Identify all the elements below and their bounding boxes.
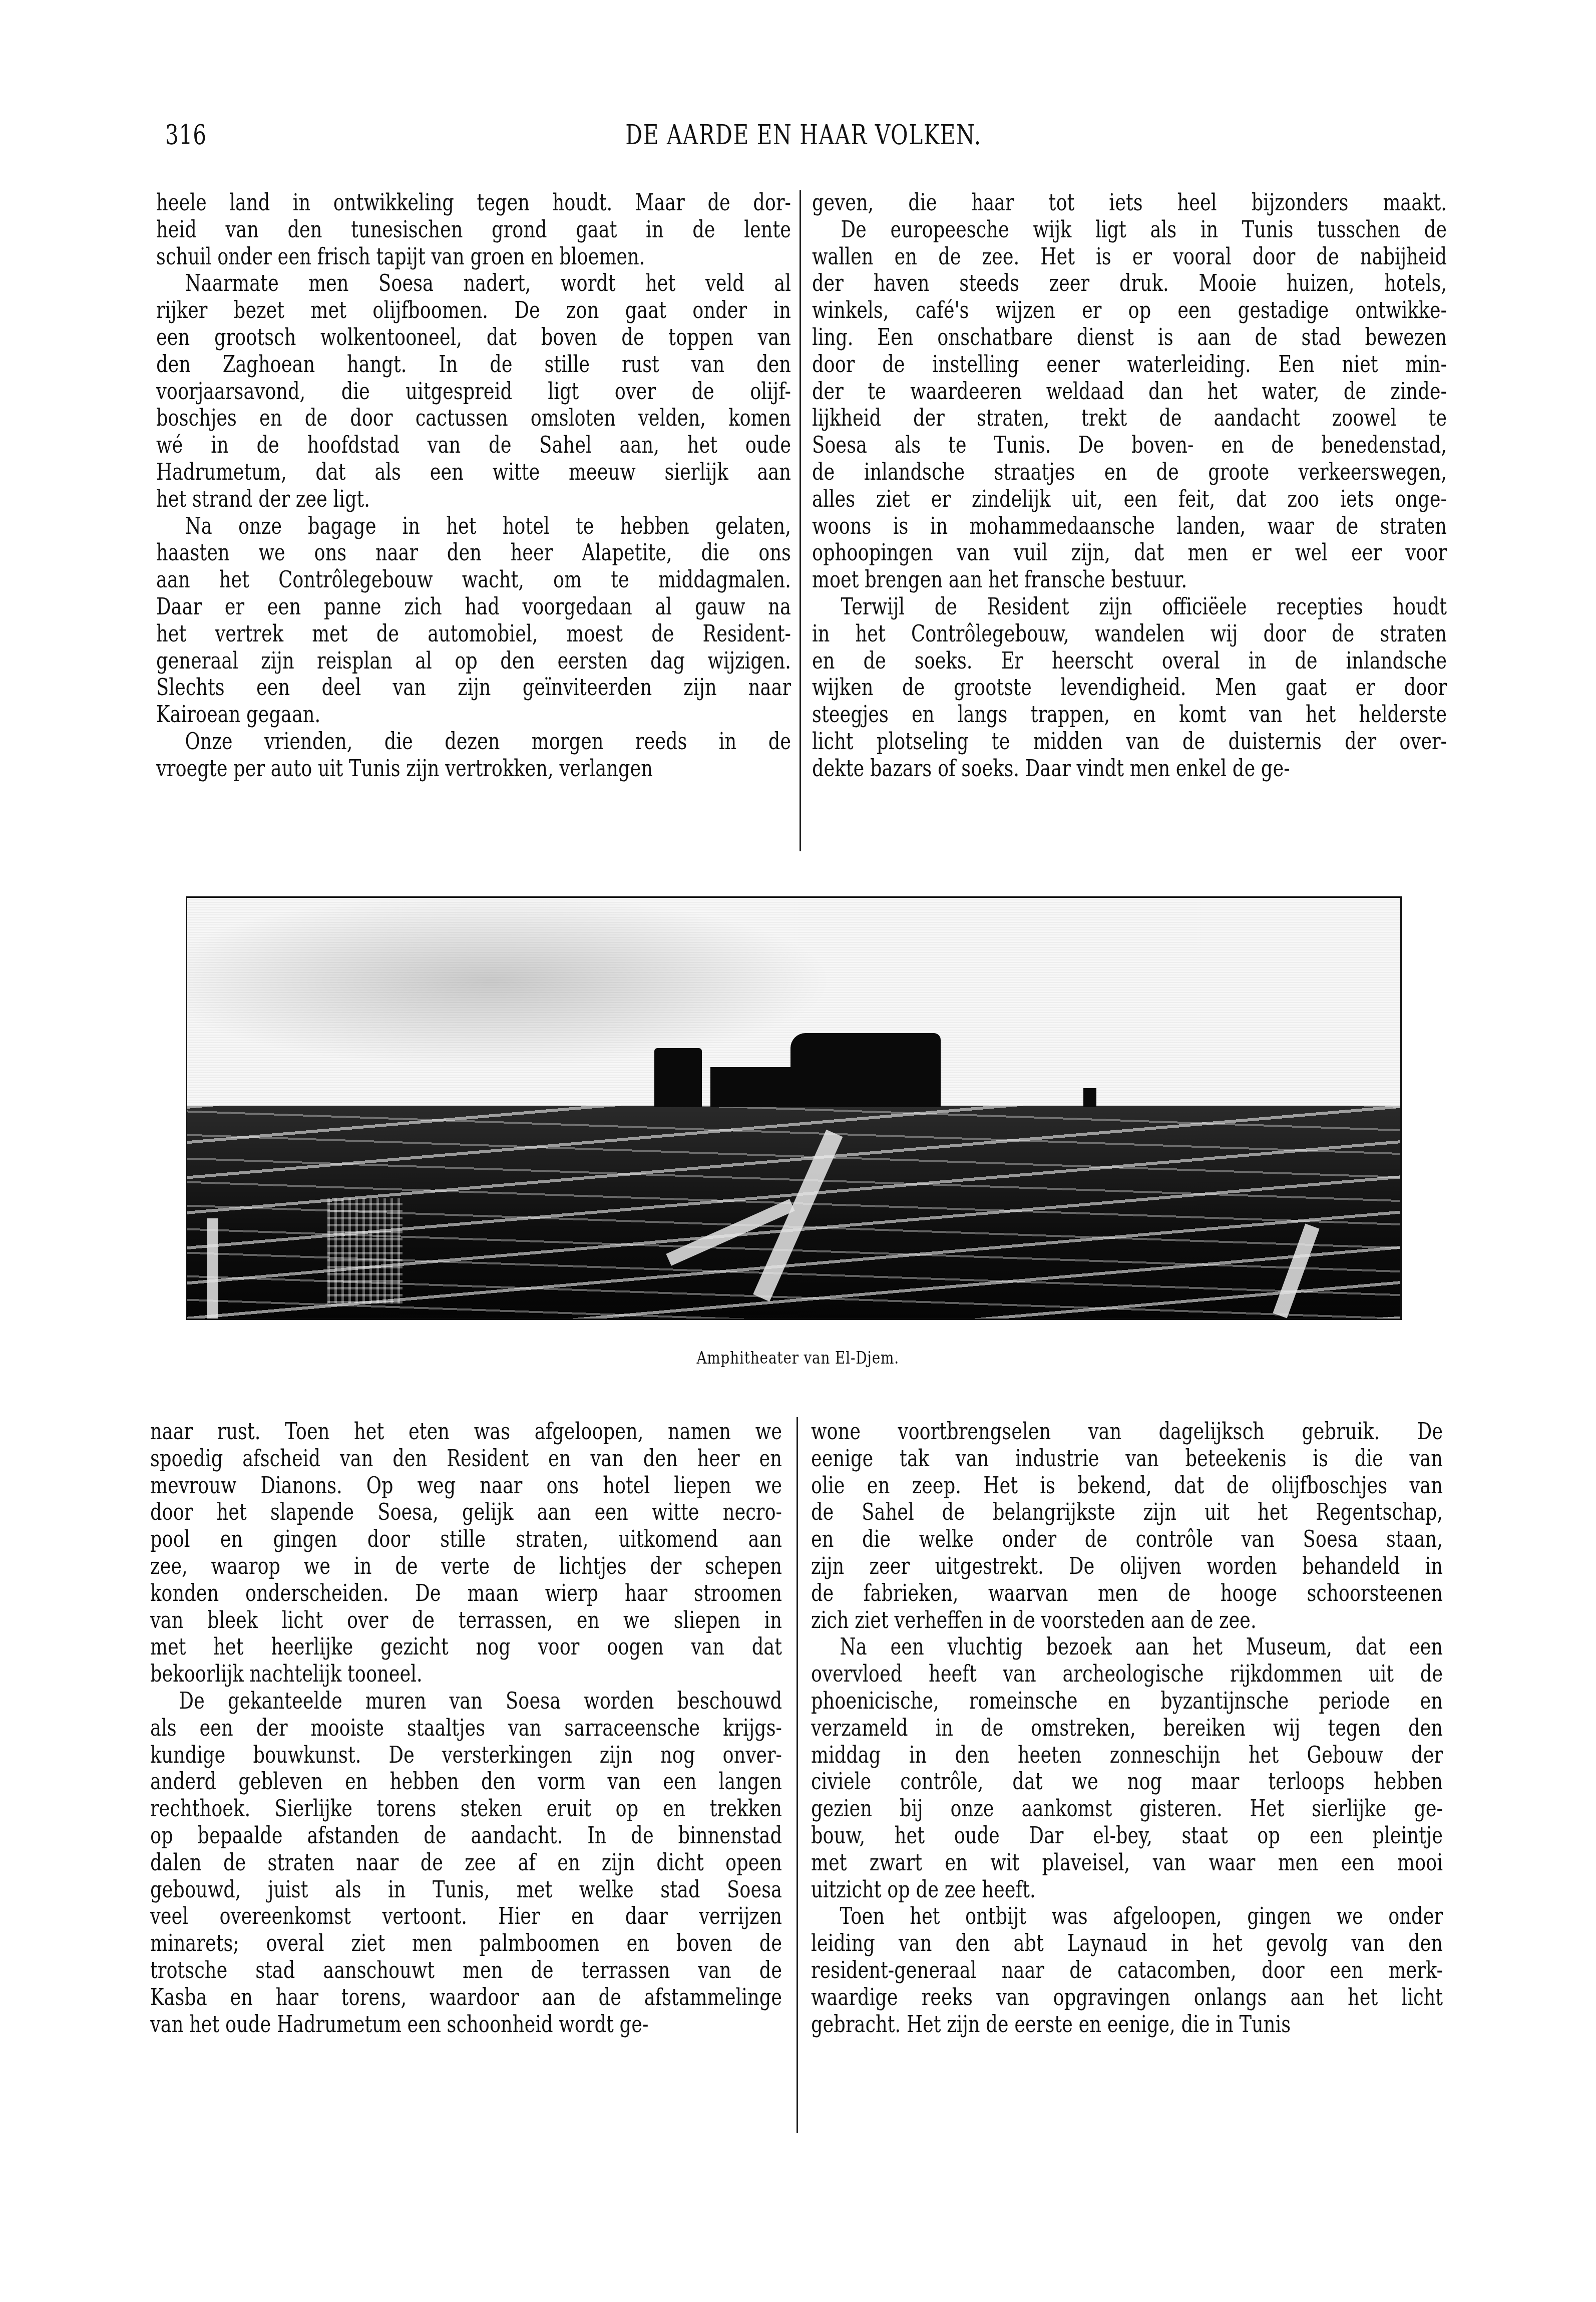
text-line: verzameld in de omstreken, bereiken wij … bbox=[811, 1715, 1443, 1742]
text-line: zijn zeer uitgestrekt. De olijven worden… bbox=[811, 1553, 1443, 1580]
text-line: pool en gingen door stille straten, uitk… bbox=[150, 1526, 782, 1553]
text-line: waardige reeks van opgravingen onlangs a… bbox=[811, 1984, 1443, 2011]
text-line: woons is in mohammedaansche landen, waar… bbox=[812, 513, 1447, 540]
text-line: het vertrek met de automobiel, moest de … bbox=[156, 620, 791, 647]
text-line: overvloed heeft van archeologische rijkd… bbox=[811, 1661, 1443, 1688]
text-line: aan het Contrôlegebouw wacht, om te midd… bbox=[156, 566, 791, 593]
text-line: eenige tak van industrie van beteekenis … bbox=[811, 1445, 1443, 1472]
text-line: en de soeks. Er heerscht overal in de in… bbox=[812, 647, 1447, 675]
text-line: de Sahel de belangrijkste zijn uit het R… bbox=[811, 1499, 1443, 1526]
text-line: van bleek licht over de terrassen, en we… bbox=[150, 1607, 782, 1634]
page-number: 316 bbox=[165, 119, 207, 151]
text-line: Kasba en haar torens, waardoor aan de af… bbox=[150, 1984, 782, 2011]
text-line: uitzicht op de zee heeft. bbox=[811, 1876, 1443, 1903]
text-line: lijkheid der straten, trekt de aandacht … bbox=[812, 405, 1447, 432]
text-line: Soesa als te Tunis. De boven- en de bene… bbox=[812, 432, 1447, 459]
amphitheater-ruin-main bbox=[790, 1033, 941, 1107]
amphitheater-ruin-middle bbox=[710, 1067, 795, 1107]
text-line: der te waardeeren weldaad dan het water,… bbox=[812, 378, 1447, 405]
text-line: rechthoek. Sierlijke torens steken eruit… bbox=[150, 1795, 782, 1822]
text-line: Terwijl de Resident zijn officiëele rece… bbox=[812, 593, 1447, 620]
text-line: haasten we ons naar den heer Alapetite, … bbox=[156, 539, 791, 566]
text-line: den Zaghoean hangt. In de stille rust va… bbox=[156, 351, 791, 378]
text-line: der haven steeds zeer druk. Mooie huizen… bbox=[812, 270, 1447, 297]
text-line: als een der mooiste staaltjes van sarrac… bbox=[150, 1715, 782, 1742]
text-column-top-right: geven, die haar tot iets heel bijzonders… bbox=[812, 189, 1447, 782]
text-line: resident-generaal naar de catacomben, do… bbox=[811, 1957, 1443, 1984]
text-line: phoenicische, romeinsche en byzantijnsch… bbox=[811, 1688, 1443, 1715]
text-line: met het heerlijke gezicht nog voor oogen… bbox=[150, 1633, 782, 1661]
text-line: wé in de hoofdstad van de Sahel aan, het… bbox=[156, 432, 791, 459]
text-line: middag in den heeten zonneschijn het Geb… bbox=[811, 1742, 1443, 1769]
text-line: een grootsch wolkentooneel, dat boven de… bbox=[156, 324, 791, 351]
text-line: zich ziet verheffen in de voorsteden aan… bbox=[811, 1607, 1443, 1634]
text-line: bekoorlijk nachtelijk tooneel. bbox=[150, 1661, 782, 1688]
text-line: wone voortbrengselen van dagelijksch geb… bbox=[811, 1418, 1443, 1445]
text-line: moet brengen aan het fransche bestuur. bbox=[812, 566, 1447, 593]
text-line: Toen het ontbijt was afgeloopen, gingen … bbox=[811, 1903, 1443, 1930]
figure-caption-text: Amphitheater van El-Djem. bbox=[697, 1348, 900, 1368]
text-line: op bepaalde afstanden de aandacht. In de… bbox=[150, 1822, 782, 1849]
text-line: boschjes en de door cactussen omsloten v… bbox=[156, 405, 791, 432]
text-column-bottom-right: wone voortbrengselen van dagelijksch geb… bbox=[811, 1418, 1443, 2038]
text-line: Daar er een panne zich had voorgedaan al… bbox=[156, 593, 791, 620]
text-line: gebracht. Het zijn de eerste en eenige, … bbox=[811, 2011, 1443, 2038]
white-post bbox=[207, 1218, 218, 1319]
text-line: vroegte per auto uit Tunis zijn vertrokk… bbox=[156, 755, 791, 782]
text-line: rijker bezet met olijfboomen. De zon gaa… bbox=[156, 297, 791, 324]
figure-caption: Amphitheater van El-Djem. bbox=[0, 1348, 1596, 1368]
text-line: Na een vluchtig bezoek aan het Museum, d… bbox=[811, 1633, 1443, 1661]
text-line: in het Contrôlegebouw, wandelen wij door… bbox=[812, 620, 1447, 647]
text-line: alles ziet er zindelijk uit, een feit, d… bbox=[812, 486, 1447, 513]
text-line: schuil onder een frisch tapijt van groen… bbox=[156, 243, 791, 270]
text-line: kundige bouwkunst. De versterkingen zijn… bbox=[150, 1742, 782, 1769]
text-line: licht plotseling te midden van de duiste… bbox=[812, 728, 1447, 755]
text-line: de fabrieken, waarvan men de hooge schoo… bbox=[811, 1580, 1443, 1607]
text-line: bouw, het oude Dar el-bey, staat op een … bbox=[811, 1822, 1443, 1849]
distant-tower bbox=[1083, 1088, 1096, 1107]
text-line: minarets; overal ziet men palmboomen en … bbox=[150, 1930, 782, 1957]
text-line: dekte bazars of soeks. Daar vindt men en… bbox=[812, 755, 1447, 782]
text-line: gezien bij onze aankomst gisteren. Het s… bbox=[811, 1795, 1443, 1822]
text-line: naar rust. Toen het eten was afgeloopen,… bbox=[150, 1418, 782, 1445]
text-line: Hadrumetum, dat als een witte meeuw sier… bbox=[156, 459, 791, 486]
text-line: door de instelling eener waterleiding. E… bbox=[812, 351, 1447, 378]
text-line: wallen en de zee. Het is er vooral door … bbox=[812, 243, 1447, 270]
photograph-amphitheater bbox=[186, 896, 1402, 1320]
text-line: spoedig afscheid van den Resident en van… bbox=[150, 1445, 782, 1472]
text-line: civiele contrôle, dat we nog maar terloo… bbox=[811, 1768, 1443, 1795]
text-line: voorjaarsavond, die uitgespreid ligt ove… bbox=[156, 378, 791, 405]
text-line: Na onze bagage in het hotel te hebben ge… bbox=[156, 513, 791, 540]
text-line: trotsche stad aanschouwt men de terrasse… bbox=[150, 1957, 782, 1984]
text-line: Kairoean gegaan. bbox=[156, 701, 791, 728]
text-line: heid van den tunesischen grond gaat in d… bbox=[156, 216, 791, 243]
text-line: steegjes en langs trappen, en komt van h… bbox=[812, 701, 1447, 728]
text-line: winkels, café's wijzen er op een gestadi… bbox=[812, 297, 1447, 324]
text-line: gebouwd, juist als in Tunis, met welke s… bbox=[150, 1876, 782, 1903]
text-column-bottom-left: naar rust. Toen het eten was afgeloopen,… bbox=[150, 1418, 782, 2038]
text-line: dalen de straten naar de zee af en zijn … bbox=[150, 1849, 782, 1876]
text-line: heele land in ontwikkeling tegen houdt. … bbox=[156, 189, 791, 216]
amphitheater-ruin-left bbox=[654, 1048, 702, 1107]
running-title: DE AARDE EN HAAR VOLKEN. bbox=[306, 119, 1302, 151]
text-line: Naarmate men Soesa nadert, wordt het vel… bbox=[156, 270, 791, 297]
text-line: anderd gebleven en hebben den vorm van e… bbox=[150, 1768, 782, 1795]
text-line: en die welke onder de contrôle van Soesa… bbox=[811, 1526, 1443, 1553]
text-line: mevrouw Dianons. Op weg naar ons hotel l… bbox=[150, 1472, 782, 1499]
text-line: geven, die haar tot iets heel bijzonders… bbox=[812, 189, 1447, 216]
text-line: de inlandsche straatjes en de groote ver… bbox=[812, 459, 1447, 486]
text-line: leiding van den abt Laynaud in het gevol… bbox=[811, 1930, 1443, 1957]
stone-wall bbox=[327, 1198, 403, 1303]
text-line: De gekanteelde muren van Soesa worden be… bbox=[150, 1688, 782, 1715]
text-line: wijken de grootste levendigheid. Men gaa… bbox=[812, 674, 1447, 701]
text-line: Onze vrienden, die dezen morgen reeds in… bbox=[156, 728, 791, 755]
text-line: olie en zeep. Het is bekend, dat de olij… bbox=[811, 1472, 1443, 1499]
text-line: van het oude Hadrumetum een schoonheid w… bbox=[150, 2011, 782, 2038]
text-line: Slechts een deel van zijn geïnviteerden … bbox=[156, 674, 791, 701]
text-line: De europeesche wijk ligt als in Tunis tu… bbox=[812, 216, 1447, 243]
column-divider-top bbox=[800, 190, 801, 851]
text-line: het strand der zee ligt. bbox=[156, 486, 791, 513]
text-line: met zwart en wit plaveisel, van waar men… bbox=[811, 1849, 1443, 1876]
text-line: konden onderscheiden. De maan wierp haar… bbox=[150, 1580, 782, 1607]
text-line: generaal zijn reisplan al op den eersten… bbox=[156, 647, 791, 675]
text-line: zee, waarop we in de verte de lichtjes d… bbox=[150, 1553, 782, 1580]
column-divider-bottom bbox=[796, 1417, 798, 2133]
text-column-top-left: heele land in ontwikkeling tegen houdt. … bbox=[156, 189, 791, 782]
text-line: ling. Een onschatbare dienst is aan de s… bbox=[812, 324, 1447, 351]
text-line: door het slapende Soesa, gelijk aan een … bbox=[150, 1499, 782, 1526]
page-header: 316 DE AARDE EN HAAR VOLKEN. bbox=[165, 119, 1442, 159]
text-line: veel overeenkomst vertoont. Hier en daar… bbox=[150, 1903, 782, 1930]
text-line: ophoopingen van vuil zijn, dat men er we… bbox=[812, 539, 1447, 566]
